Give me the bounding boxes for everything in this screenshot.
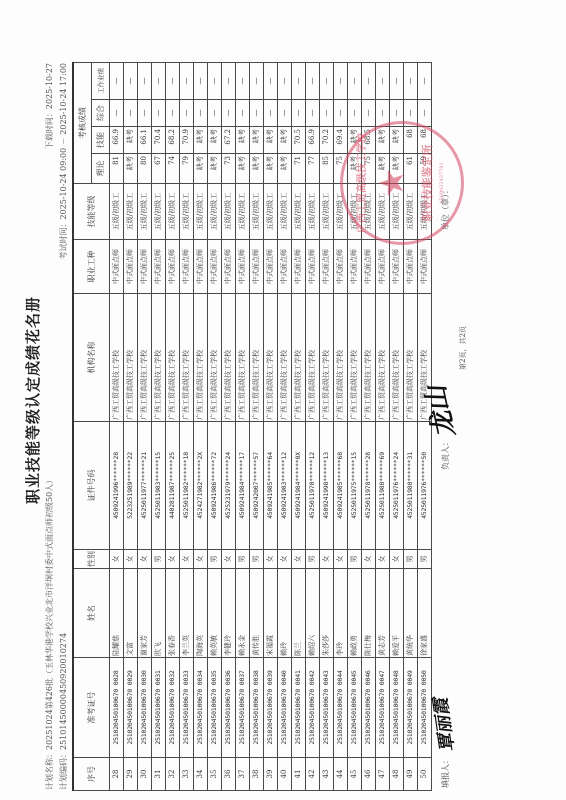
row-occupation: 中式面点师 bbox=[334, 240, 348, 294]
row-occupation: 中式面点师 bbox=[194, 240, 208, 294]
filler: 填报人： bbox=[440, 756, 451, 788]
row-occupation: 中式面点师 bbox=[306, 240, 320, 294]
filler-label: 填报人： bbox=[441, 756, 450, 788]
row-comprehensive: — bbox=[418, 100, 432, 127]
table-row: 36251020450100670 0036李健玲女4525231979****… bbox=[222, 63, 236, 791]
row-ticket-no: 251020450100670 0029 bbox=[124, 658, 138, 758]
row-work-performance: — bbox=[418, 63, 432, 100]
row-skill-level: 五级/初级工 bbox=[306, 184, 320, 240]
row-name: 陈兰 bbox=[292, 569, 306, 658]
row-skill-level: 五级/初级工 bbox=[222, 184, 236, 240]
row-ticket-no: 251020450100670 0032 bbox=[166, 658, 180, 758]
row-seq: 34 bbox=[194, 758, 208, 791]
row-institution: 广西工贸高级技工学校 bbox=[250, 294, 264, 422]
row-skill: 68.2 bbox=[166, 127, 180, 154]
row-ticket-no: 251020450100670 0039 bbox=[264, 658, 278, 758]
table-row: 32251020450100670 0032张春香女4402811987****… bbox=[166, 63, 180, 791]
row-id-no: 4509241985******68 bbox=[334, 422, 348, 550]
row-occupation: 中式面点师 bbox=[222, 240, 236, 294]
row-gender: 女 bbox=[222, 550, 236, 569]
row-gender: 女 bbox=[376, 550, 390, 569]
row-name: 徐家盛 bbox=[418, 569, 432, 658]
row-gender: 女 bbox=[362, 550, 376, 569]
row-work-performance: — bbox=[334, 63, 348, 100]
row-seq: 32 bbox=[166, 758, 180, 791]
row-institution: 广西工贸高级技工学校 bbox=[152, 294, 166, 422]
row-skill: 70.5 bbox=[292, 127, 306, 154]
row-theory: 67 bbox=[152, 154, 166, 184]
row-name: 赖爱平 bbox=[390, 569, 404, 658]
row-institution: 广西工贸高级技工学校 bbox=[166, 294, 180, 422]
row-ticket-no: 251020450100670 0038 bbox=[250, 658, 264, 758]
seal-code: 4509022437781 bbox=[439, 124, 445, 242]
row-name: 谢家芳 bbox=[138, 569, 152, 658]
row-id-no: 4525011980******69 bbox=[376, 422, 390, 550]
row-skill-level: 五级/初级工 bbox=[264, 184, 278, 240]
row-occupation: 中式面点师 bbox=[250, 240, 264, 294]
row-name: 黄统华 bbox=[404, 569, 418, 658]
row-theory: 缺考 bbox=[124, 154, 138, 184]
row-comprehensive: — bbox=[166, 100, 180, 127]
row-ticket-no: 251020450100670 0044 bbox=[334, 658, 348, 758]
row-skill-level: 五级/初级工 bbox=[292, 184, 306, 240]
row-gender: 男 bbox=[208, 550, 222, 569]
row-work-performance: — bbox=[124, 63, 138, 100]
row-work-performance: — bbox=[208, 63, 222, 100]
row-name: 李兰英 bbox=[180, 569, 194, 658]
row-ticket-no: 251020450100670 0040 bbox=[278, 658, 292, 758]
row-name: 欧飞 bbox=[152, 569, 166, 658]
table-row: 42251020450100670 0042赖绍六男4525011970****… bbox=[306, 63, 320, 791]
download-time-value: 2025-10-27 bbox=[45, 63, 54, 109]
row-comprehensive: — bbox=[306, 100, 320, 127]
row-gender: 女 bbox=[278, 550, 292, 569]
row-gender: 男 bbox=[236, 550, 250, 569]
row-skill: 缺考 bbox=[278, 127, 292, 154]
row-institution: 广西工贸高级技工学校 bbox=[110, 294, 124, 422]
row-seq: 31 bbox=[152, 758, 166, 791]
row-skill: 69.4 bbox=[334, 127, 348, 154]
row-seq: 43 bbox=[320, 758, 334, 791]
row-id-no: 4525011980******31 bbox=[404, 422, 418, 550]
star-icon: ★ bbox=[375, 124, 409, 242]
row-occupation: 中式面点师 bbox=[180, 240, 194, 294]
row-comprehensive: — bbox=[194, 100, 208, 127]
row-skill: 缺考 bbox=[124, 127, 138, 154]
row-work-performance: — bbox=[138, 63, 152, 100]
row-seq: 38 bbox=[250, 758, 264, 791]
row-occupation: 中式面点师 bbox=[278, 240, 292, 294]
row-ticket-no: 251020450100670 0048 bbox=[390, 658, 404, 758]
header-name: 姓名 bbox=[73, 569, 110, 658]
row-ticket-no: 251020450100670 0035 bbox=[208, 658, 222, 758]
header-seq: 序号 bbox=[73, 758, 110, 791]
row-id-no: 4525011983******15 bbox=[152, 422, 166, 550]
row-id-no: 4525011970******12 bbox=[306, 422, 320, 550]
row-id-no: 5223251989******22 bbox=[124, 422, 138, 550]
row-seq: 49 bbox=[404, 758, 418, 791]
row-work-performance: — bbox=[166, 63, 180, 100]
row-institution: 广西工贸高级技工学校 bbox=[208, 294, 222, 422]
row-gender: 男 bbox=[348, 550, 362, 569]
row-comprehensive: — bbox=[236, 100, 250, 127]
row-seq: 42 bbox=[306, 758, 320, 791]
row-seq: 30 bbox=[138, 758, 152, 791]
row-gender: 男 bbox=[418, 550, 432, 569]
row-skill: 67.2 bbox=[222, 127, 236, 154]
row-name: 赖永金 bbox=[236, 569, 250, 658]
plan-name-value: 20251024第426批（玉林华港学校兴业北市洋垌村委中式面点师初级50人） bbox=[45, 476, 54, 750]
row-theory: 缺考 bbox=[264, 154, 278, 184]
row-skill: 66.9 bbox=[306, 127, 320, 154]
row-theory: 80 bbox=[138, 154, 152, 184]
row-ticket-no: 251020450100670 0030 bbox=[138, 658, 152, 758]
row-seq: 29 bbox=[124, 758, 138, 791]
row-comprehensive: — bbox=[278, 100, 292, 127]
row-gender: 女 bbox=[320, 550, 334, 569]
row-gender: 女 bbox=[110, 550, 124, 569]
row-skill: 70.2 bbox=[320, 127, 334, 154]
row-work-performance: — bbox=[390, 63, 404, 100]
row-skill-level: 五级/初级工 bbox=[152, 184, 166, 240]
row-id-no: 4402811987******25 bbox=[166, 422, 180, 550]
row-skill: 70.4 bbox=[152, 127, 166, 154]
plan-code: 计划编码：25101450000450920010274 bbox=[58, 633, 69, 790]
header-skill-level: 技能等级 bbox=[73, 184, 110, 240]
row-seq: 46 bbox=[362, 758, 376, 791]
row-skill-level: 五级/初级工 bbox=[320, 184, 334, 240]
row-comprehensive: — bbox=[320, 100, 334, 127]
row-ticket-no: 251020450100670 0042 bbox=[306, 658, 320, 758]
row-skill-level: 五级/初级工 bbox=[278, 184, 292, 240]
row-id-no: 4525011982******18 bbox=[180, 422, 194, 550]
row-name: 朱莎莎 bbox=[320, 569, 334, 658]
row-id-no: 4525011977******21 bbox=[138, 422, 152, 550]
row-work-performance: — bbox=[376, 63, 390, 100]
plan-code-value: 25101450000450920010274 bbox=[59, 633, 68, 750]
row-theory: 缺考 bbox=[208, 154, 222, 184]
row-occupation: 中式面点师 bbox=[124, 240, 138, 294]
row-ticket-no: 251020450100670 0031 bbox=[152, 658, 166, 758]
row-theory: 缺考 bbox=[194, 154, 208, 184]
row-comprehensive: — bbox=[250, 100, 264, 127]
row-id-no: 4509241996******28 bbox=[110, 422, 124, 550]
row-id-no: 4525011976******24 bbox=[390, 422, 404, 550]
table-row: 41251020450100670 0041陈兰女4509241984*****… bbox=[292, 63, 306, 791]
row-comprehensive: — bbox=[362, 100, 376, 127]
row-skill-level: 五级/初级工 bbox=[194, 184, 208, 240]
row-skill-level: 五级/初级工 bbox=[180, 184, 194, 240]
row-seq: 41 bbox=[292, 758, 306, 791]
row-comprehensive: — bbox=[264, 100, 278, 127]
row-institution: 广西工贸高级技工学校 bbox=[180, 294, 194, 422]
row-name: 赖玲 bbox=[278, 569, 292, 658]
row-occupation: 中式面点师 bbox=[166, 240, 180, 294]
row-seq: 44 bbox=[334, 758, 348, 791]
table-row: 31251020450100670 0031欧飞男4525011983*****… bbox=[152, 63, 166, 791]
row-work-performance: — bbox=[194, 63, 208, 100]
row-seq: 47 bbox=[376, 758, 390, 791]
row-work-performance: — bbox=[180, 63, 194, 100]
row-skill-level: 五级/初级工 bbox=[250, 184, 264, 240]
row-gender: 女 bbox=[194, 550, 208, 569]
row-id-no: 4509241984******17 bbox=[236, 422, 250, 550]
row-id-no: 4509241986******72 bbox=[208, 422, 222, 550]
row-comprehensive: — bbox=[124, 100, 138, 127]
seal-top-text: 广西工贸高级技工学校 bbox=[353, 124, 368, 242]
row-comprehensive: — bbox=[292, 100, 306, 127]
header-comprehensive: 综合 bbox=[92, 100, 110, 127]
row-skill-level: 五级/初级工 bbox=[138, 184, 152, 240]
table-row: 35251020450100670 0035赖英敏男4509241986****… bbox=[208, 63, 222, 791]
row-seq: 28 bbox=[110, 758, 124, 791]
row-institution: 广西工贸高级技工学校 bbox=[194, 294, 208, 422]
row-id-no: 4525011976******50 bbox=[418, 422, 432, 550]
plan-name-label: 计划名称： bbox=[45, 750, 54, 790]
row-name: 李玲 bbox=[334, 569, 348, 658]
roster-page: 职业技能等级认定成绩花名册 计划名称：20251024第426批（玉林华港学校兴… bbox=[0, 0, 566, 800]
row-skill-level: 五级/初级工 bbox=[124, 184, 138, 240]
header-skill: 技能 bbox=[92, 127, 110, 154]
row-skill: 66.1 bbox=[138, 127, 152, 154]
row-gender: 女 bbox=[166, 550, 180, 569]
row-work-performance: — bbox=[250, 63, 264, 100]
header-id-no: 证件号码 bbox=[73, 422, 110, 550]
row-name: 黄志芳 bbox=[376, 569, 390, 658]
row-work-performance: — bbox=[110, 63, 124, 100]
table-row: 38251020450100670 0038黄传胜男4509242007****… bbox=[250, 63, 264, 791]
table-row: 28251020450100670 0028陆耀慈女4509241996****… bbox=[110, 63, 124, 791]
row-skill-level: 五级/初级工 bbox=[208, 184, 222, 240]
row-occupation: 中式面点师 bbox=[208, 240, 222, 294]
exam-time-label: 考试时间： bbox=[59, 220, 68, 260]
row-ticket-no: 251020450100670 0046 bbox=[362, 658, 376, 758]
row-institution: 广西工贸高级技工学校 bbox=[306, 294, 320, 422]
row-skill: 缺考 bbox=[264, 127, 278, 154]
row-work-performance: — bbox=[348, 63, 362, 100]
table-row: 30251020450100670 0030谢家芳女4525011977****… bbox=[138, 63, 152, 791]
row-theory: 73 bbox=[222, 154, 236, 184]
row-skill-level: 五级/初级工 bbox=[166, 184, 180, 240]
row-occupation: 中式面点师 bbox=[390, 240, 404, 294]
table-row: 43251020450100670 0043朱莎莎女4509241998****… bbox=[320, 63, 334, 791]
row-institution: 广西工贸高级技工学校 bbox=[278, 294, 292, 422]
row-theory: 77 bbox=[306, 154, 320, 184]
header-ticket-no: 准考证号 bbox=[73, 658, 110, 758]
row-occupation: 中式面点师 bbox=[110, 240, 124, 294]
row-institution: 广西工贸高级技工学校 bbox=[362, 294, 376, 422]
header-work-performance: 工作业绩 bbox=[92, 63, 110, 100]
row-name: 赖绍六 bbox=[306, 569, 320, 658]
row-work-performance: — bbox=[292, 63, 306, 100]
row-ticket-no: 251020450100670 0037 bbox=[236, 658, 250, 758]
row-work-performance: — bbox=[264, 63, 278, 100]
row-name: 黄传胜 bbox=[250, 569, 264, 658]
row-work-performance: — bbox=[404, 63, 418, 100]
row-id-no: 4524271982******2X bbox=[194, 422, 208, 550]
row-skill-level: 五级/初级工 bbox=[110, 184, 124, 240]
responsible-person: 负责人： bbox=[440, 438, 451, 470]
table-row: 34251020450100670 0034陶海英女4524271982****… bbox=[194, 63, 208, 791]
row-work-performance: — bbox=[278, 63, 292, 100]
official-seal: 广西工贸高级技工学校 ★ 职业技能鉴定所 4509022437781 bbox=[340, 121, 464, 245]
header-institution: 机构名称 bbox=[73, 294, 110, 422]
row-theory: 缺考 bbox=[278, 154, 292, 184]
row-skill: 缺考 bbox=[208, 127, 222, 154]
row-ticket-no: 251020450100670 0041 bbox=[292, 658, 306, 758]
row-ticket-no: 251020450100670 0033 bbox=[180, 658, 194, 758]
row-skill: 缺考 bbox=[236, 127, 250, 154]
row-work-performance: — bbox=[306, 63, 320, 100]
row-comprehensive: — bbox=[152, 100, 166, 127]
header-gender: 性别 bbox=[73, 550, 110, 569]
row-gender: 女 bbox=[124, 550, 138, 569]
row-gender: 女 bbox=[390, 550, 404, 569]
row-skill-level: 五级/初级工 bbox=[236, 184, 250, 240]
page-number: 第2页，共2页 bbox=[458, 326, 468, 370]
row-ticket-no: 251020450100670 0045 bbox=[348, 658, 362, 758]
row-theory: 71 bbox=[292, 154, 306, 184]
download-time: 下载时间：2025-10-27 bbox=[44, 63, 55, 149]
table-row: 29251020450100670 0029文富女5223251989*****… bbox=[124, 63, 138, 791]
row-occupation: 中式面点师 bbox=[152, 240, 166, 294]
plan-code-label: 计划编码： bbox=[59, 750, 68, 790]
row-theory: 85 bbox=[320, 154, 334, 184]
plan-name: 计划名称：20251024第426批（玉林华港学校兴业北市洋垌村委中式面点师初级… bbox=[44, 476, 55, 790]
row-institution: 广西工贸高级技工学校 bbox=[320, 294, 334, 422]
row-institution: 广西工贸高级技工学校 bbox=[334, 294, 348, 422]
row-institution: 广西工贸高级技工学校 bbox=[376, 294, 390, 422]
row-gender: 女 bbox=[264, 550, 278, 569]
row-name: 陆耀慈 bbox=[110, 569, 124, 658]
row-name: 陈仕梅 bbox=[362, 569, 376, 658]
row-skill: 缺考 bbox=[194, 127, 208, 154]
row-ticket-no: 251020450100670 0043 bbox=[320, 658, 334, 758]
row-institution: 广西工贸高级技工学校 bbox=[264, 294, 278, 422]
row-occupation: 中式面点师 bbox=[376, 240, 390, 294]
row-theory: 79 bbox=[180, 154, 194, 184]
row-ticket-no: 251020450100670 0049 bbox=[404, 658, 418, 758]
row-gender: 男 bbox=[404, 550, 418, 569]
row-skill: 70.9 bbox=[180, 127, 194, 154]
table-row: 40251020450100670 0040赖玲女4509241983*****… bbox=[278, 63, 292, 791]
row-work-performance: — bbox=[236, 63, 250, 100]
row-comprehensive: — bbox=[208, 100, 222, 127]
row-skill: 缺考 bbox=[250, 127, 264, 154]
row-id-no: 4509241985******64 bbox=[264, 422, 278, 550]
row-ticket-no: 251020450100670 0028 bbox=[110, 658, 124, 758]
row-name: 陶海英 bbox=[194, 569, 208, 658]
row-comprehensive: — bbox=[180, 100, 194, 127]
exam-time: 考试时间：2025-10-24 09:00 － 2025-10-24 17:00 bbox=[58, 63, 69, 260]
row-gender: 男 bbox=[306, 550, 320, 569]
row-seq: 45 bbox=[348, 758, 362, 791]
row-institution: 广西工贸高级技工学校 bbox=[138, 294, 152, 422]
row-institution: 广西工贸高级技工学校 bbox=[292, 294, 306, 422]
row-institution: 广西工贸高级技工学校 bbox=[222, 294, 236, 422]
row-occupation: 中式面点师 bbox=[362, 240, 376, 294]
row-seq: 48 bbox=[390, 758, 404, 791]
row-occupation: 中式面点师 bbox=[320, 240, 334, 294]
row-work-performance: — bbox=[152, 63, 166, 100]
row-institution: 广西工贸高级技工学校 bbox=[348, 294, 362, 422]
row-comprehensive: — bbox=[110, 100, 124, 127]
row-seq: 50 bbox=[418, 758, 432, 791]
row-name: 赖政勇 bbox=[348, 569, 362, 658]
row-id-no: 4509241984******0X bbox=[292, 422, 306, 550]
row-comprehensive: — bbox=[222, 100, 236, 127]
row-institution: 广西工贸高级技工学校 bbox=[236, 294, 250, 422]
row-id-no: 4525231979******24 bbox=[222, 422, 236, 550]
responsible-label: 负责人： bbox=[441, 438, 450, 470]
row-id-no: 4509242007******57 bbox=[250, 422, 264, 550]
exam-time-value: 2025-10-24 09:00 － 2025-10-24 17:00 bbox=[59, 63, 68, 220]
row-id-no: 4509241998******13 bbox=[320, 422, 334, 550]
row-comprehensive: — bbox=[348, 100, 362, 127]
row-gender: 女 bbox=[180, 550, 194, 569]
seal-bottom-text: 职业技能鉴定所 bbox=[419, 124, 435, 242]
row-gender: 女 bbox=[292, 550, 306, 569]
row-seq: 37 bbox=[236, 758, 250, 791]
row-occupation: 中式面点师 bbox=[138, 240, 152, 294]
row-seq: 33 bbox=[180, 758, 194, 791]
row-ticket-no: 251020450100670 0034 bbox=[194, 658, 208, 758]
row-ticket-no: 251020450100670 0036 bbox=[222, 658, 236, 758]
row-occupation: 中式面点师 bbox=[348, 240, 362, 294]
row-name: 李健玲 bbox=[222, 569, 236, 658]
row-theory: 74 bbox=[166, 154, 180, 184]
row-comprehensive: — bbox=[138, 100, 152, 127]
table-row: 39251020450100670 0039宋福霞女4509241985****… bbox=[264, 63, 278, 791]
row-occupation: 中式面点师 bbox=[404, 240, 418, 294]
table-row: 37251020450100670 0037赖永金男4509241984****… bbox=[236, 63, 250, 791]
row-seq: 39 bbox=[264, 758, 278, 791]
page-title: 职业技能等级认定成绩花名册 bbox=[22, 0, 43, 800]
row-theory: 缺考 bbox=[250, 154, 264, 184]
row-gender: 男 bbox=[152, 550, 166, 569]
row-comprehensive: — bbox=[334, 100, 348, 127]
row-occupation: 中式面点师 bbox=[292, 240, 306, 294]
row-id-no: 4525011978******28 bbox=[362, 422, 376, 550]
row-occupation: 中式面点师 bbox=[418, 240, 432, 294]
row-id-no: 4509241983******12 bbox=[278, 422, 292, 550]
row-occupation: 中式面点师 bbox=[236, 240, 250, 294]
row-seq: 35 bbox=[208, 758, 222, 791]
row-gender: 女 bbox=[138, 550, 152, 569]
row-skill: 66.9 bbox=[110, 127, 124, 154]
row-seq: 40 bbox=[278, 758, 292, 791]
row-ticket-no: 251020450100670 0047 bbox=[376, 658, 390, 758]
row-name: 文富 bbox=[124, 569, 138, 658]
row-name: 赖英敏 bbox=[208, 569, 222, 658]
table-row: 33251020450100670 0033李兰英女4525011982****… bbox=[180, 63, 194, 791]
header-occupation: 职业工种 bbox=[73, 240, 110, 294]
row-occupation: 中式面点师 bbox=[264, 240, 278, 294]
download-time-label: 下载时间： bbox=[45, 109, 54, 149]
row-theory: 81 bbox=[110, 154, 124, 184]
row-theory: 缺考 bbox=[236, 154, 250, 184]
row-name: 张春香 bbox=[166, 569, 180, 658]
row-seq: 36 bbox=[222, 758, 236, 791]
row-id-no: 4525011975******15 bbox=[348, 422, 362, 550]
row-work-performance: — bbox=[320, 63, 334, 100]
row-work-performance: — bbox=[222, 63, 236, 100]
row-institution: 广西工贸高级技工学校 bbox=[124, 294, 138, 422]
row-work-performance: — bbox=[362, 63, 376, 100]
header-scores-group: 考核成绩 bbox=[73, 63, 92, 184]
row-institution: 广西工贸高级技工学校 bbox=[404, 294, 418, 422]
row-institution: 广西工贸高级技工学校 bbox=[390, 294, 404, 422]
